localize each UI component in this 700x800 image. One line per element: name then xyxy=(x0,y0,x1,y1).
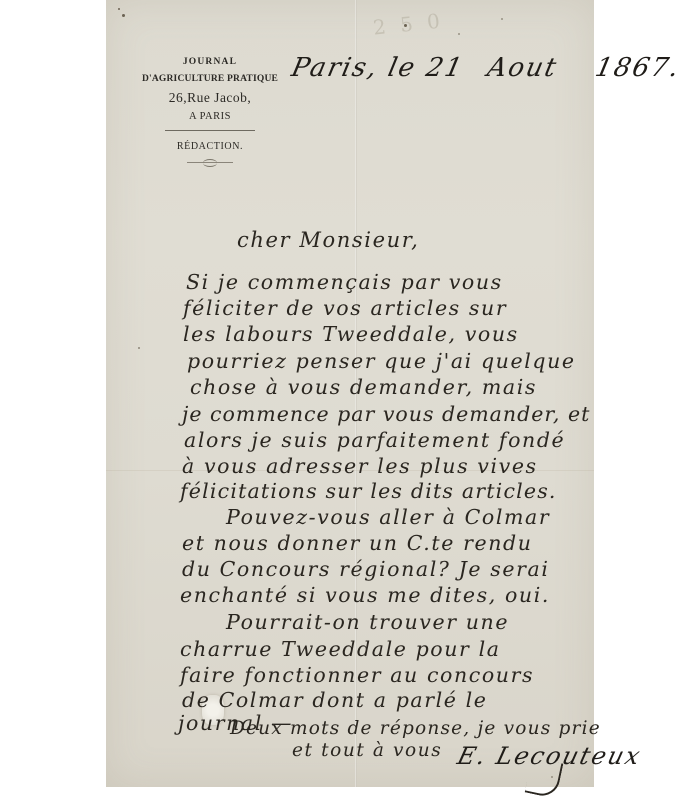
letter-line: charrue Tweeddale pour la xyxy=(180,637,501,661)
date-place-day: Paris, le 21 xyxy=(289,53,467,83)
letter-line: les labours Tweeddale, vous xyxy=(183,322,519,346)
letter-line: je commence par vous demander, et xyxy=(182,402,590,426)
letter-line: Pourrait-on trouver une xyxy=(226,610,509,634)
letter-date: Paris, le 21 Aout 1867. xyxy=(289,53,683,83)
letter-line: du Concours régional? Je serai xyxy=(182,557,549,581)
signature-flourish xyxy=(525,757,564,799)
foxing-spot xyxy=(118,8,120,10)
letter-line: enchanté si vous me dites, oui. xyxy=(180,583,550,607)
date-month: Aout xyxy=(485,53,561,83)
letter-line: et tout à vous xyxy=(292,740,442,761)
date-year: 1867. xyxy=(592,53,683,83)
letterhead-ornament-flourish xyxy=(203,159,217,167)
letter-line: faire fonctionner au concours xyxy=(180,663,534,687)
letter-line: Deux mots de réponse, je vous prie xyxy=(230,718,601,739)
letter-line: chose à vous demander, mais xyxy=(190,375,537,399)
letter-line: pourriez penser que j'ai quelque xyxy=(187,349,576,373)
letter-line: Si je commençais par vous xyxy=(186,270,503,294)
letter-line: félicitations sur les dits articles. xyxy=(180,479,557,503)
letter-line: de Colmar dont a parlé le xyxy=(182,688,488,712)
letter-line: à vous adresser les plus vives xyxy=(182,454,538,478)
letterhead-title: JOURNAL xyxy=(130,57,290,67)
letter-line: alors je suis parfaitement fondé xyxy=(184,428,565,452)
letterhead-subtitle: D'AGRICULTURE PRATIQUE xyxy=(130,74,290,84)
letterhead-city: A PARIS xyxy=(130,111,290,122)
foxing-spot xyxy=(501,18,503,20)
letterhead-divider xyxy=(165,130,255,131)
letter-line: Pouvez-vous aller à Colmar xyxy=(226,505,550,529)
foxing-spot xyxy=(458,33,460,35)
foxing-spot xyxy=(138,347,140,349)
letterhead-address: 26,Rue Jacob, xyxy=(130,90,290,106)
foxing-spot xyxy=(122,14,125,17)
letter-line: et nous donner un C.te rendu xyxy=(182,531,533,555)
letterhead-department: RÉDACTION. xyxy=(130,141,290,152)
salutation: cher Monsieur, xyxy=(237,228,419,252)
letter-line: féliciter de vos articles sur xyxy=(183,296,507,320)
